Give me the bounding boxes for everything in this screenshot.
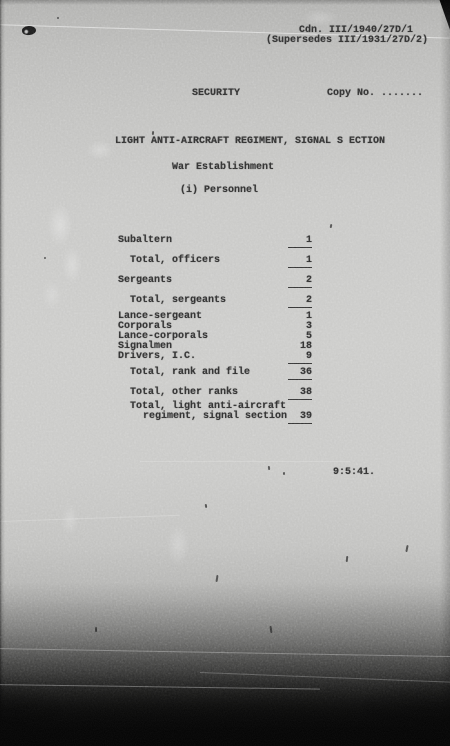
table-row: Total, rank and file36 (118, 368, 328, 378)
row-value: 39 (288, 412, 312, 424)
table-row: Total, officers1 (118, 256, 328, 266)
table-row: Drivers, I.C.9 (118, 352, 328, 362)
row-label: Total, officers (118, 256, 220, 266)
document-date: 9:5:41. (333, 468, 375, 478)
security-classification: SECURITY (192, 89, 240, 99)
row-value: 38 (288, 388, 312, 400)
row-label: Total, sergeants (118, 296, 226, 306)
row-label: Sergeants (118, 276, 172, 286)
section-heading: (i) Personnel (180, 186, 258, 196)
row-value: 1 (288, 256, 312, 268)
row-label: Drivers, I.C. (118, 352, 196, 362)
scanned-document-page: Cdn. III/1940/27D/1 (Supersedes III/1931… (0, 0, 450, 746)
row-label: Subaltern (118, 236, 172, 246)
row-value: 2 (288, 296, 312, 308)
document-text-layer: Cdn. III/1940/27D/1 (Supersedes III/1931… (0, 0, 450, 746)
table-row: Total, sergeants2 (118, 296, 328, 306)
document-subtitle: War Establishment (172, 163, 274, 173)
row-label: regiment, signal section (118, 412, 287, 422)
personnel-table: Subaltern1Total, officers1Sergeants2Tota… (118, 236, 328, 422)
document-reference-line-2: (Supersedes III/1931/27D/2) (266, 36, 428, 46)
document-title: LIGHT ANTI-AIRCRAFT REGIMENT, SIGNAL S E… (115, 137, 385, 147)
row-value: 9 (288, 352, 312, 364)
table-row: Sergeants2 (118, 276, 328, 286)
row-value: 2 (288, 276, 312, 288)
table-row: Subaltern1 (118, 236, 328, 246)
row-value: 1 (288, 236, 312, 248)
table-row: regiment, signal section39 (118, 412, 328, 422)
row-label: Total, rank and file (118, 368, 250, 378)
table-row: Total, other ranks38 (118, 388, 328, 398)
row-value: 36 (288, 368, 312, 380)
copy-number-label: Copy No. ....... (327, 89, 423, 99)
row-label: Total, other ranks (118, 388, 238, 398)
